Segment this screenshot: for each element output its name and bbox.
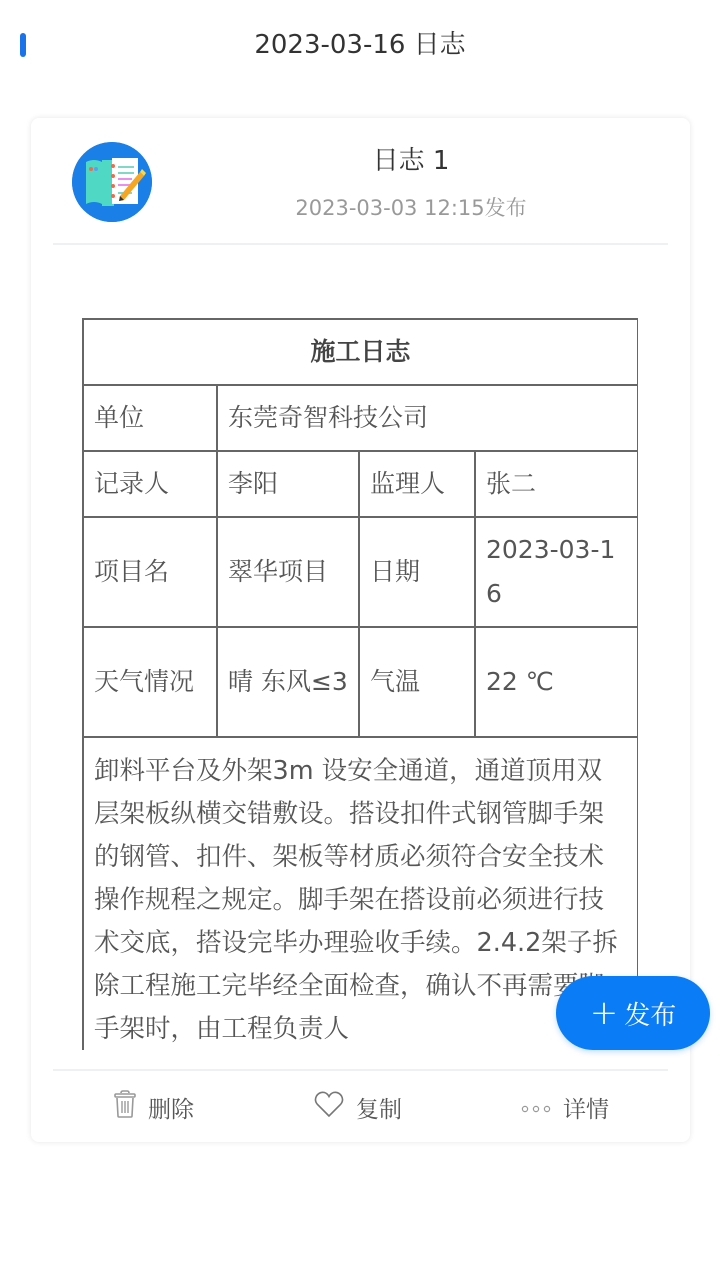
table-row: 记录人 李阳 监理人 张二 bbox=[83, 451, 638, 517]
header-divider bbox=[53, 243, 668, 245]
recorder-value: 李阳 bbox=[217, 451, 359, 517]
copy-button[interactable]: 复制 bbox=[314, 1091, 402, 1123]
unit-label: 单位 bbox=[83, 385, 217, 451]
date-label: 日期 bbox=[359, 517, 475, 627]
table-row: 单位 东莞奇智科技公司 bbox=[83, 385, 638, 451]
card-header: 日志 1 2023-03-03 12:15发布 bbox=[31, 118, 690, 244]
log-content[interactable]: 施工日志 单位 东莞奇智科技公司 记录人 李阳 监理人 张二 项目名 翠华项目 … bbox=[82, 318, 638, 1050]
construction-log-table: 施工日志 单位 东莞奇智科技公司 记录人 李阳 监理人 张二 项目名 翠华项目 … bbox=[82, 318, 638, 1050]
delete-button[interactable]: 删除 bbox=[114, 1091, 194, 1123]
publish-label: 发布 bbox=[624, 995, 676, 1032]
copy-label: 复制 bbox=[356, 1091, 402, 1124]
project-label: 项目名 bbox=[83, 517, 217, 627]
plus-icon: + bbox=[590, 996, 619, 1030]
unit-value: 东莞奇智科技公司 bbox=[217, 385, 638, 451]
supervisor-value: 张二 bbox=[475, 451, 638, 517]
footer-divider bbox=[53, 1069, 668, 1071]
heart-icon bbox=[314, 1090, 344, 1124]
table-row: 项目名 翠华项目 日期 2023-03-16 bbox=[83, 517, 638, 627]
weather-value: 晴 东风≤3 bbox=[217, 627, 359, 737]
publish-fab-button[interactable]: + 发布 bbox=[556, 976, 710, 1050]
recorder-label: 记录人 bbox=[83, 451, 217, 517]
log-title: 日志 1 bbox=[261, 144, 561, 178]
detail-button[interactable]: 详情 bbox=[521, 1091, 609, 1123]
project-value: 翠华项目 bbox=[217, 517, 359, 627]
publish-time: 2023-03-03 12:15发布 bbox=[211, 194, 611, 222]
table-row: 天气情况 晴 东风≤3 气温 22 ℃ bbox=[83, 627, 638, 737]
page-header: 2023-03-16 日志 bbox=[0, 0, 720, 92]
date-value: 2023-03-16 bbox=[475, 517, 638, 627]
weather-label: 天气情况 bbox=[83, 627, 217, 737]
delete-label: 删除 bbox=[148, 1091, 194, 1124]
notebook-pencil-icon bbox=[72, 142, 152, 222]
card-actions: 删除 复制 详情 bbox=[31, 1073, 690, 1141]
page-title: 2023-03-16 日志 bbox=[0, 28, 720, 62]
temperature-label: 气温 bbox=[359, 627, 475, 737]
table-heading: 施工日志 bbox=[83, 319, 638, 385]
supervisor-label: 监理人 bbox=[359, 451, 475, 517]
temperature-value: 22 ℃ bbox=[475, 627, 638, 737]
detail-label: 详情 bbox=[563, 1091, 609, 1124]
more-dots-icon bbox=[521, 1094, 551, 1120]
log-body-text: 卸料平台及外架3m 设安全通道，通道顶用双层架板纵横交错敷设。搭设扣件式钢管脚手… bbox=[83, 737, 638, 1050]
trash-icon bbox=[114, 1090, 136, 1124]
